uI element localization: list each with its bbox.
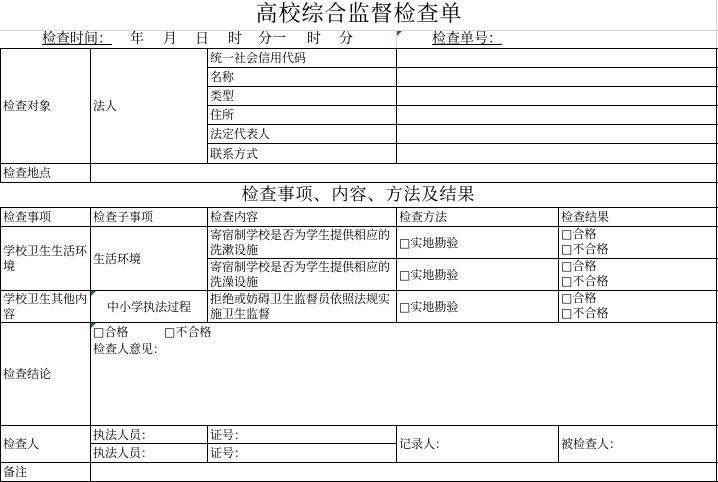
- remark-label: 备注: [1, 463, 90, 481]
- result-fail-checkbox[interactable]: □不合格: [561, 306, 716, 321]
- officer-label-1[interactable]: 执法人员：: [91, 426, 207, 443]
- cell-comment-marker: [91, 291, 96, 296]
- inspector-label: 检查人: [1, 426, 90, 462]
- method-onsite-checkbox[interactable]: □实地勘验: [397, 291, 558, 322]
- minute-label-2: 分: [339, 30, 353, 48]
- minute-label: 分一: [258, 30, 286, 48]
- subitem-living-env: 生活环境: [91, 227, 207, 290]
- field-name-label: 名称: [208, 68, 396, 86]
- field-legal-rep-value[interactable]: [397, 125, 716, 143]
- result-fail-checkbox[interactable]: □不合格: [561, 242, 716, 257]
- header-content: 检查内容: [208, 208, 396, 226]
- result-pass-checkbox[interactable]: □合格: [561, 259, 716, 274]
- field-type-value[interactable]: [397, 87, 716, 105]
- conclusion-fail-checkbox[interactable]: □不合格: [164, 325, 211, 339]
- result-fail-checkbox[interactable]: □不合格: [561, 274, 716, 289]
- result-cell: □合格 □不合格: [559, 259, 716, 290]
- year-label: 年: [130, 30, 144, 48]
- method-onsite-checkbox[interactable]: □实地勘验: [397, 227, 558, 258]
- remark-value[interactable]: [91, 463, 716, 481]
- header-result: 检查结果: [559, 208, 716, 226]
- cell-comment-marker: [397, 31, 402, 36]
- day-label: 日: [195, 30, 209, 48]
- conclusion-cell[interactable]: □合格 □不合格 检查人意见：: [91, 324, 716, 424]
- field-address-label: 住所: [208, 106, 396, 124]
- method-onsite-checkbox[interactable]: □实地勘验: [397, 259, 558, 290]
- officer-label-2[interactable]: 执法人员：: [91, 444, 207, 462]
- month-label: 月: [163, 30, 177, 48]
- inspection-time-label: 检查时间：: [42, 30, 112, 48]
- hour-label-2: 时: [307, 30, 321, 48]
- field-contact-value[interactable]: [397, 144, 716, 163]
- result-cell: □合格 □不合格: [559, 227, 716, 258]
- field-legal-rep-label: 法定代表人: [208, 125, 396, 143]
- conclusion-label: 检查结论: [1, 323, 90, 425]
- conclusion-pass-checkbox[interactable]: □合格: [93, 325, 128, 339]
- inspection-number-label: 检查单号：: [432, 30, 502, 48]
- section-title: 检查事项、内容、方法及结果: [1, 183, 716, 207]
- result-pass-checkbox[interactable]: □合格: [561, 291, 716, 306]
- recorder-label[interactable]: 记录人：: [397, 426, 558, 462]
- field-credit-code-value[interactable]: [397, 49, 716, 67]
- header-item: 检查事项: [1, 208, 90, 226]
- header-subitem: 检查子事项: [91, 208, 207, 226]
- subject-type: 法人: [91, 49, 207, 163]
- field-contact-label: 联系方式: [208, 144, 396, 163]
- result-cell: □合格 □不合格: [559, 291, 716, 322]
- field-address-value[interactable]: [397, 106, 716, 124]
- subitem-enforcement-process: 中小学执法过程: [91, 291, 207, 322]
- inspection-time-row: 检查时间： 年 月 日 时 分一 时 分 检查单号：: [0, 30, 718, 48]
- item-school-living-env: 学校卫生生活环境: [1, 227, 90, 290]
- hour-label: 时: [228, 30, 242, 48]
- content-wash-facilities: 寄宿制学校是否为学生提供相应的洗漱设施: [208, 227, 396, 258]
- inspector-opinion-label: 检查人意见：: [93, 341, 716, 358]
- location-label: 检查地点: [1, 164, 90, 182]
- content-obstruct-supervision: 拒绝或妨碍卫生监督员依照法规实施卫生监督: [208, 291, 396, 322]
- cert-number-label-2[interactable]: 证号：: [208, 444, 396, 462]
- page-title: 高校综合监督检查单: [0, 0, 718, 30]
- field-name-value[interactable]: [397, 68, 716, 86]
- content-bath-facilities: 寄宿制学校是否为学生提供相应的洗澡设施: [208, 259, 396, 290]
- header-method: 检查方法: [397, 208, 558, 226]
- result-pass-checkbox[interactable]: □合格: [561, 227, 716, 242]
- field-type-label: 类型: [208, 87, 396, 105]
- inspected-party-label[interactable]: 被检查人：: [559, 426, 716, 462]
- field-credit-code-label: 统一社会信用代码: [208, 49, 396, 67]
- item-school-other: 学校卫生其他内容: [1, 291, 90, 322]
- cert-number-label-1[interactable]: 证号：: [208, 426, 396, 443]
- location-value[interactable]: [91, 164, 716, 182]
- subject-label: 检查对象: [1, 49, 90, 163]
